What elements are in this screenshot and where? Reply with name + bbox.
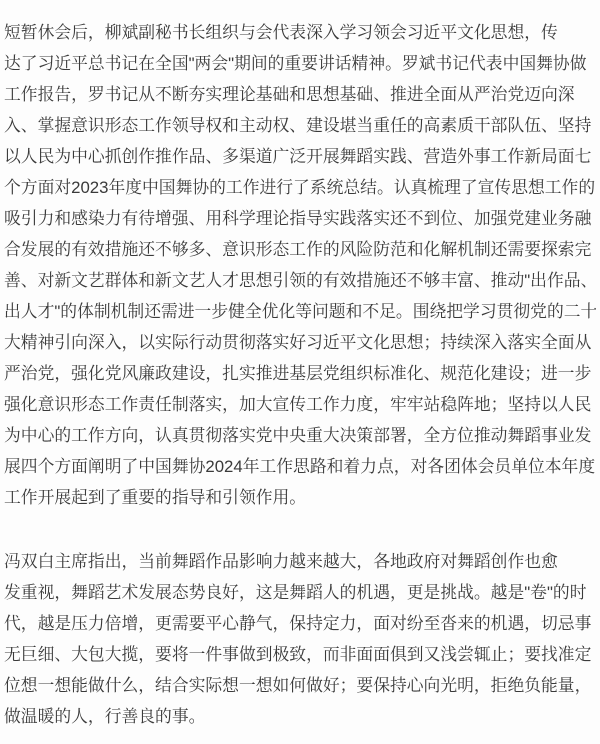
- text-line: 严治党，强化党风廉政建设，扎实推进基层党组织标准化、规范化建设；进一步: [4, 358, 596, 389]
- text-line: 出人才"的体制机制还需进一步健全优化等问题和不足。围绕把学习贯彻党的二十: [4, 296, 596, 327]
- text-line: 工作开展起到了重要的指导和引领作用。: [4, 482, 596, 513]
- document-page: 短暂休会后，柳斌副秘书长组织与会代表深入学习领会习近平文化思想，传 达了习近平总…: [0, 0, 600, 732]
- text-line: 代，越是压力倍增，更需要平心静气，保持定力，面对纷至沓来的机遇，切忌事: [4, 608, 596, 639]
- paragraph-list: 短暂休会后，柳斌副秘书长组织与会代表深入学习领会习近平文化思想，传 达了习近平总…: [4, 17, 596, 732]
- text-line: 善、对新文艺群体和新文艺人才思想引领的有效措施还不够丰富、推动"出作品、: [4, 265, 596, 296]
- text-line: 做温暖的人，行善良的事。: [4, 701, 596, 732]
- text-line: 强化意识形态工作责任制落实，加大宣传工作力度，牢牢站稳阵地；坚持以人民: [4, 389, 596, 420]
- text-line: 位想一想能做什么，结合实际想一想如何做好；要保持心向光明，拒绝负能量，: [4, 670, 596, 701]
- text-line: 发重视，舞蹈艺术发展态势良好，这是舞蹈人的机遇，更是挑战。越是"卷"的时: [4, 577, 596, 608]
- text-line: 冯双白主席指出，当前舞蹈作品影响力越来越大，各地政府对舞蹈创作也愈: [4, 546, 596, 577]
- text-line: 无巨细、大包大揽，要将一件事做到极致，而非面面俱到又浅尝辄止；要找准定: [4, 639, 596, 670]
- text-line: 展四个方面阐明了中国舞协2024年工作思路和着力点，对各团体会员单位本年度: [4, 451, 596, 482]
- paragraph: 短暂休会后，柳斌副秘书长组织与会代表深入学习领会习近平文化思想，传 达了习近平总…: [4, 17, 596, 513]
- text-line: 以人民为中心抓创作推作品、多渠道广泛开展舞蹈实践、营造外事工作新局面七: [4, 141, 596, 172]
- text-line: 吸引力和感染力有待增强、用科学理论指导实践落实还不到位、加强党建业务融: [4, 203, 596, 234]
- paragraph: 冯双白主席指出，当前舞蹈作品影响力越来越大，各地政府对舞蹈创作也愈 发重视，舞蹈…: [4, 546, 596, 732]
- text-line: 个方面对2023年度中国舞协的工作进行了系统总结。认真梳理了宣传思想工作的: [4, 172, 596, 203]
- text-line: 大精神引向深入，以实际行动贯彻落实好习近平文化思想；持续深入落实全面从: [4, 327, 596, 358]
- text-line: 为中心的工作方向，认真贯彻落实党中央重大决策部署，全方位推动舞蹈事业发: [4, 420, 596, 451]
- text-line: 工作报告，罗书记从不断夯实理论基础和思想基础、推进全面从严治党迈向深: [4, 79, 596, 110]
- text-line: 入、掌握意识形态工作领导权和主动权、建设堪当重任的高素质干部队伍、坚持: [4, 110, 596, 141]
- text-line: 短暂休会后，柳斌副秘书长组织与会代表深入学习领会习近平文化思想，传: [4, 17, 596, 48]
- text-line: 合发展的有效措施还不够多、意识形态工作的风险防范和化解机制还需要探索完: [4, 234, 596, 265]
- text-line: 达了习近平总书记在全国"两会"期间的重要讲话精神。罗斌书记代表中国舞协做: [4, 48, 596, 79]
